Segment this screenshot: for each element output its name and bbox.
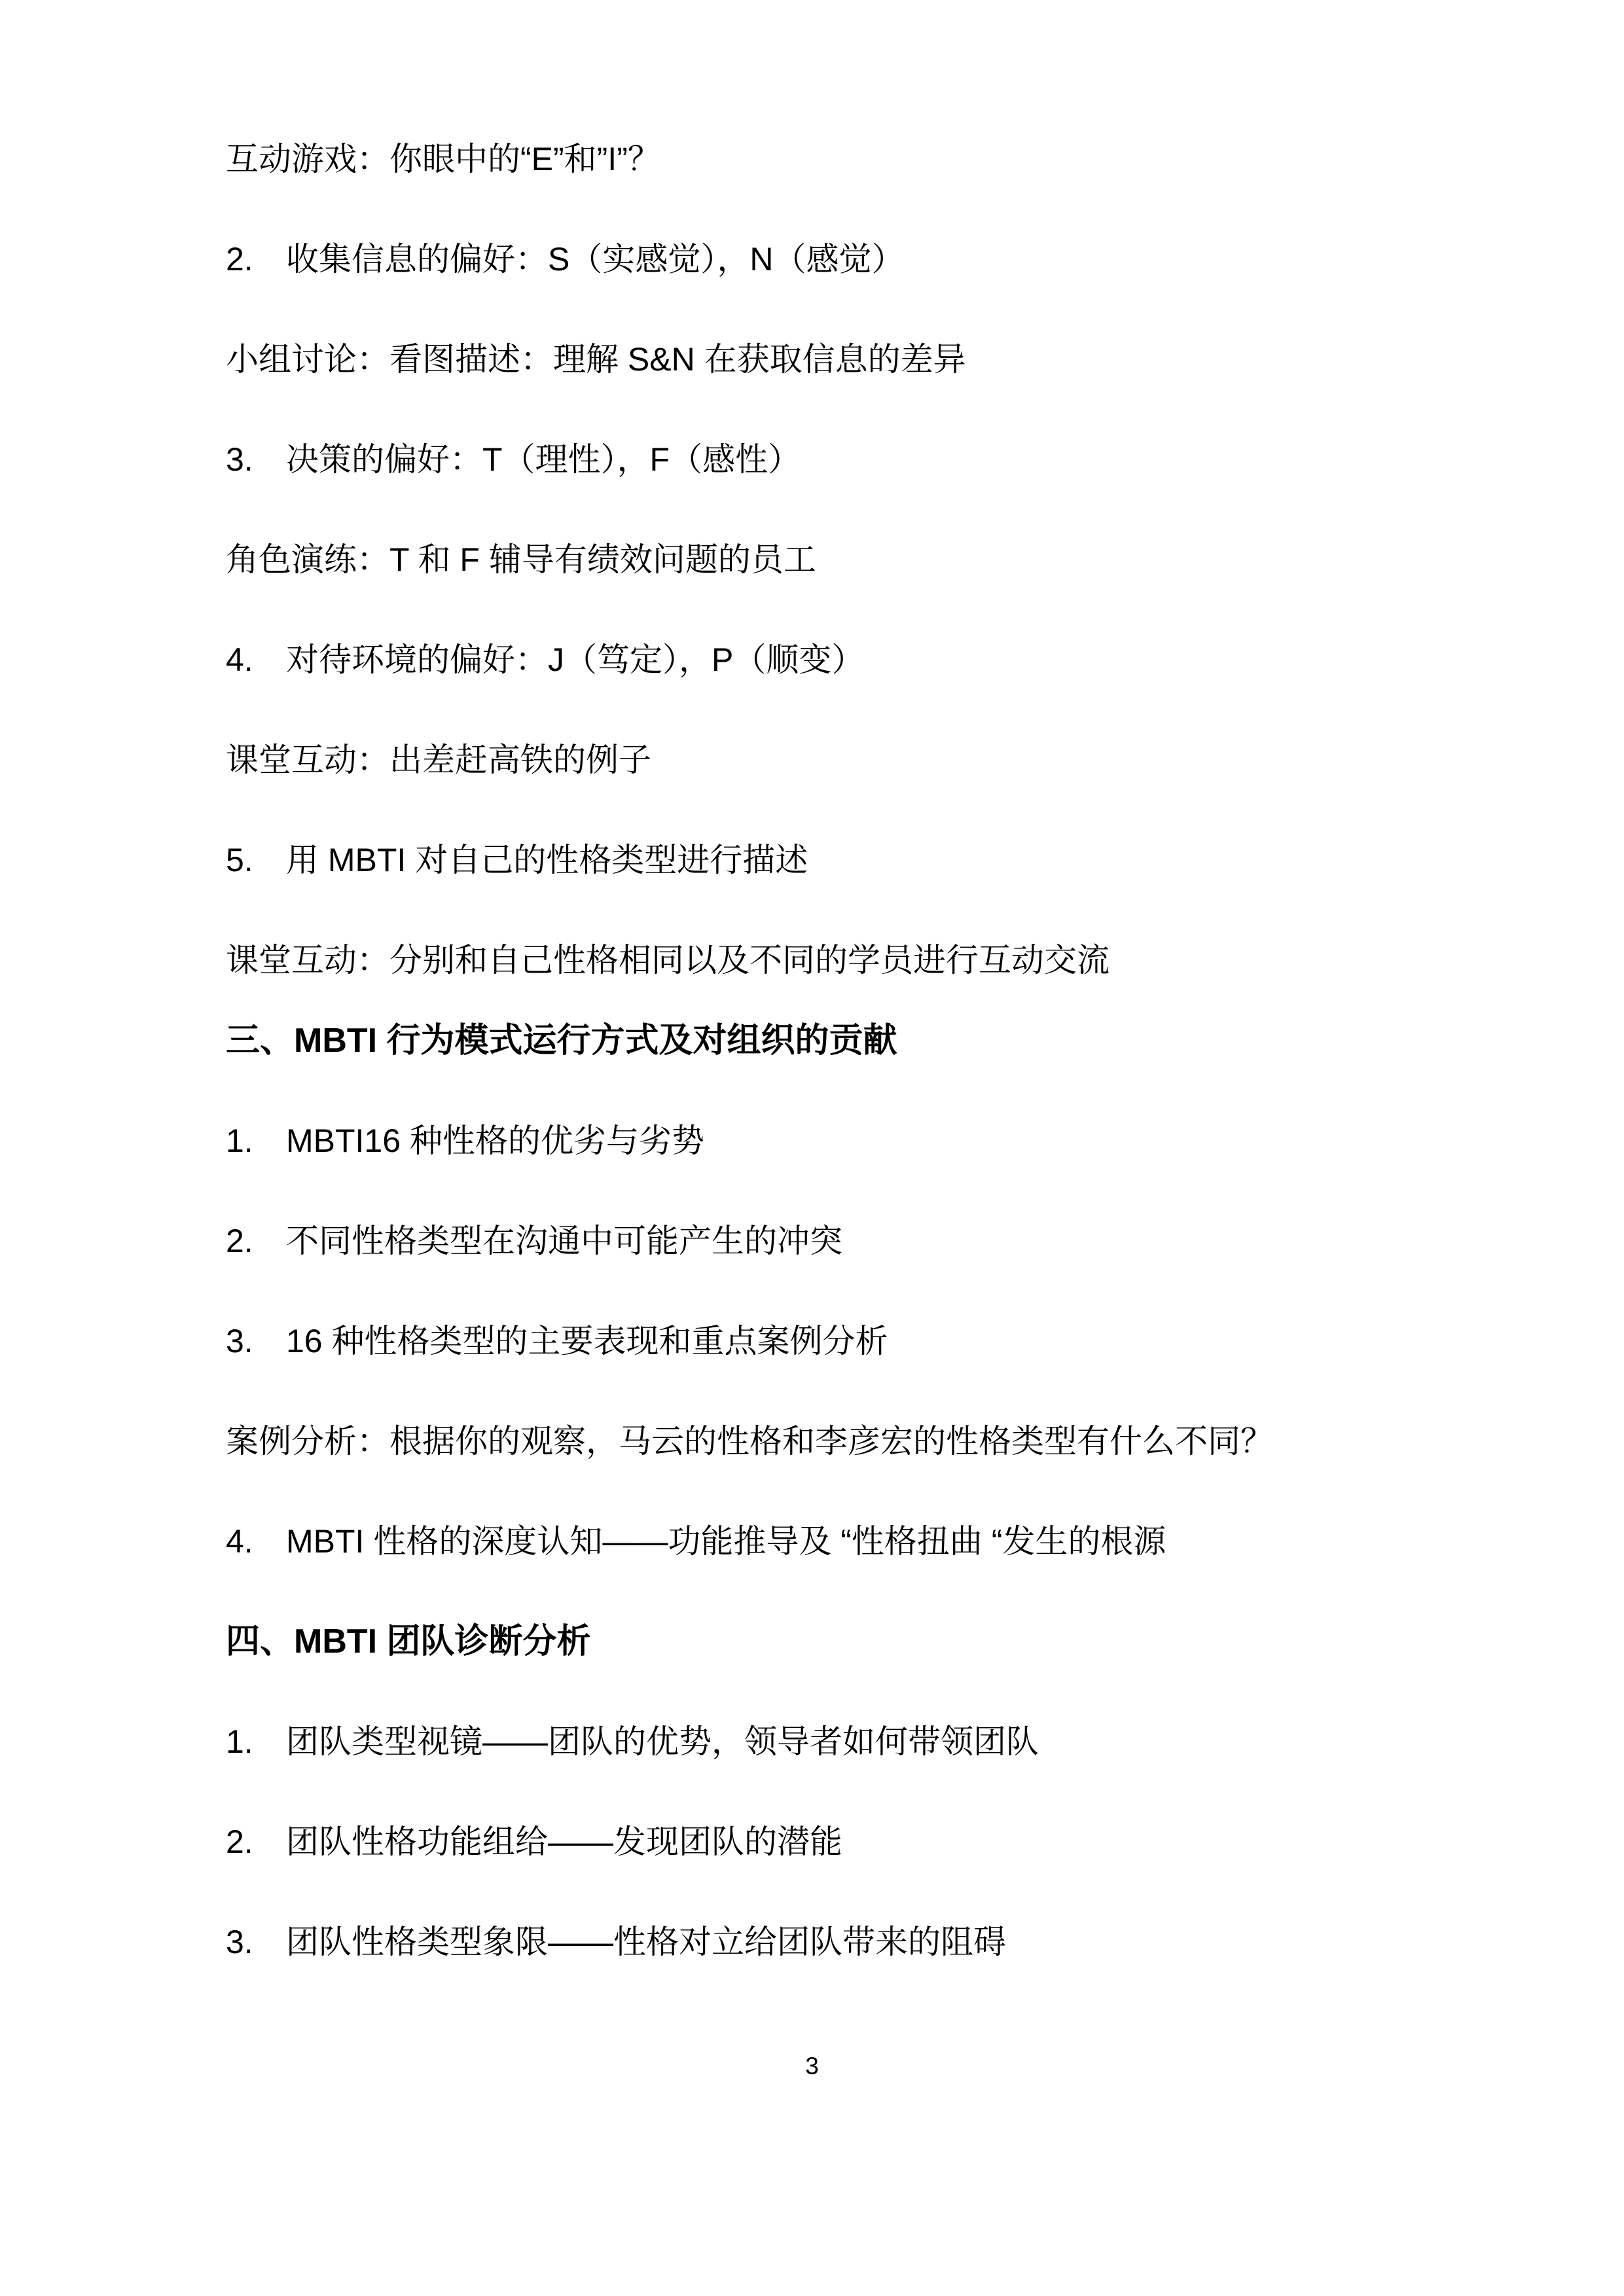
list-number: 4. <box>226 639 286 680</box>
numbered-item: 2.收集信息的偏好：S（实感觉），N（感觉） <box>226 239 1470 279</box>
list-number: 1. <box>226 1721 286 1762</box>
list-number: 3. <box>226 1321 286 1361</box>
paragraph: 角色演练：T 和 F 辅导有绩效问题的员工 <box>226 539 1470 580</box>
item-text: 16 种性格类型的主要表现和重点案例分析 <box>286 1323 888 1359</box>
item-text: 决策的偏好：T（理性），F（感性） <box>286 441 801 478</box>
item-text: 对待环境的偏好：J（笃定），P（顺变） <box>286 641 864 678</box>
paragraph: 课堂互动：分别和自己性格相同以及不同的学员进行互动交流 <box>226 940 1470 980</box>
paragraph: 小组讨论：看图描述：理解 S&N 在获取信息的差异 <box>226 339 1470 380</box>
list-number: 3. <box>226 1922 286 1962</box>
numbered-item: 5.用 MBTI 对自己的性格类型进行描述 <box>226 840 1470 880</box>
list-number: 2. <box>226 239 286 279</box>
page-number: 3 <box>0 2053 1624 2079</box>
numbered-item: 3.决策的偏好：T（理性），F（感性） <box>226 439 1470 480</box>
document-page: 互动游戏：你眼中的“E”和”I”？2.收集信息的偏好：S（实感觉），N（感觉）小… <box>0 0 1624 2296</box>
list-number: 1. <box>226 1121 286 1161</box>
item-text: 不同性格类型在沟通中可能产生的冲突 <box>286 1223 842 1259</box>
item-text: 用 MBTI 对自己的性格类型进行描述 <box>286 842 808 878</box>
numbered-item: 1.MBTI16 种性格的优劣与劣势 <box>226 1121 1470 1161</box>
numbered-item: 2.团队性格功能组给——发现团队的潜能 <box>226 1821 1470 1862</box>
section-heading: 三、MBTI 行为模式运行方式及对组织的贡献 <box>226 1020 1470 1061</box>
numbered-item: 3.团队性格类型象限——性格对立给团队带来的阻碍 <box>226 1922 1470 1962</box>
paragraph: 案例分析：根据你的观察，马云的性格和李彦宏的性格类型有什么不同？ <box>226 1421 1470 1462</box>
numbered-item: 3.16 种性格类型的主要表现和重点案例分析 <box>226 1321 1470 1361</box>
list-number: 4. <box>226 1521 286 1562</box>
numbered-item: 2.不同性格类型在沟通中可能产生的冲突 <box>226 1221 1470 1261</box>
document-body: 互动游戏：你眼中的“E”和”I”？2.收集信息的偏好：S（实感觉），N（感觉）小… <box>226 139 1470 2022</box>
section-heading: 四、MBTI 团队诊断分析 <box>226 1621 1470 1662</box>
numbered-item: 4.对待环境的偏好：J（笃定），P（顺变） <box>226 639 1470 680</box>
list-number: 2. <box>226 1821 286 1862</box>
numbered-item: 4.MBTI 性格的深度认知——功能推导及 “性格扭曲 “发生的根源 <box>226 1521 1470 1562</box>
list-number: 3. <box>226 439 286 480</box>
paragraph: 课堂互动：出差赶高铁的例子 <box>226 740 1470 780</box>
numbered-item: 1.团队类型视镜——团队的优势，领导者如何带领团队 <box>226 1721 1470 1762</box>
item-text: 团队性格类型象限——性格对立给团队带来的阻碍 <box>286 1924 1006 1960</box>
item-text: MBTI16 种性格的优劣与劣势 <box>286 1122 704 1159</box>
list-number: 2. <box>226 1221 286 1261</box>
item-text: MBTI 性格的深度认知——功能推导及 “性格扭曲 “发生的根源 <box>286 1523 1166 1560</box>
item-text: 团队类型视镜——团队的优势，领导者如何带领团队 <box>286 1723 1039 1760</box>
item-text: 团队性格功能组给——发现团队的潜能 <box>286 1823 842 1860</box>
list-number: 5. <box>226 840 286 880</box>
item-text: 收集信息的偏好：S（实感觉），N（感觉） <box>286 241 904 278</box>
paragraph: 互动游戏：你眼中的“E”和”I”？ <box>226 139 1470 179</box>
